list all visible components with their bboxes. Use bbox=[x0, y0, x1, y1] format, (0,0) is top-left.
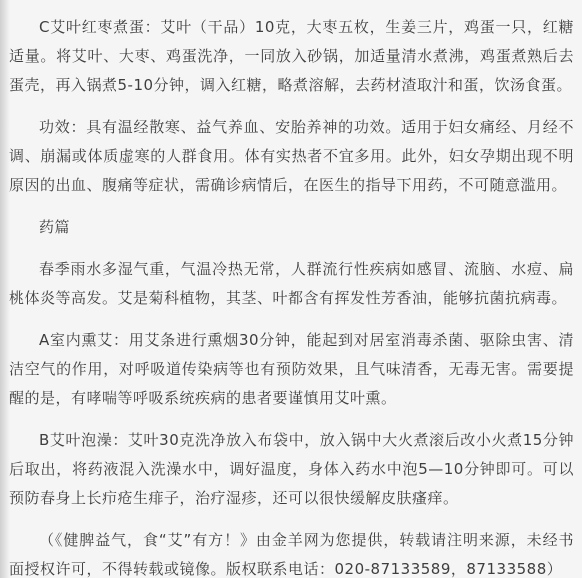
paragraph-effects: 功效：具有温经散寒、益气养血、安胎养神的功效。适用于妇女痛经、月经不调、崩漏或体… bbox=[9, 113, 574, 200]
article-body: C艾叶红枣煮蛋：艾叶（干品）10克，大枣五枚，生姜三片，鸡蛋一只，红糖适量。将艾… bbox=[0, 0, 582, 578]
paragraph-copyright: （《健脾益气，食“艾”有方！》由金羊网为您提供，转载请注明来源，未经书面授权许可… bbox=[9, 526, 574, 578]
paragraph-indoor-fumigation: A室内熏艾：用艾条进行熏烟30分钟，能起到对居室消毒杀菌、驱除虫害、清洁空气的作… bbox=[9, 326, 574, 413]
paragraph-spring-intro: 春季雨水多湿气重，气温冷热无常，人群流行性疾病如感冒、流脑、水痘、扁桃体炎等高发… bbox=[9, 255, 574, 313]
paragraph-bath: B艾叶泡澡：艾叶30克洗净放入布袋中，放入锅中大火煮滚后改小火煮15分钟后取出，… bbox=[9, 426, 574, 513]
section-heading-medicine: 药篇 bbox=[9, 213, 574, 242]
paragraph-recipe-egg: C艾叶红枣煮蛋：艾叶（干品）10克，大枣五枚，生姜三片，鸡蛋一只，红糖适量。将艾… bbox=[9, 13, 574, 100]
